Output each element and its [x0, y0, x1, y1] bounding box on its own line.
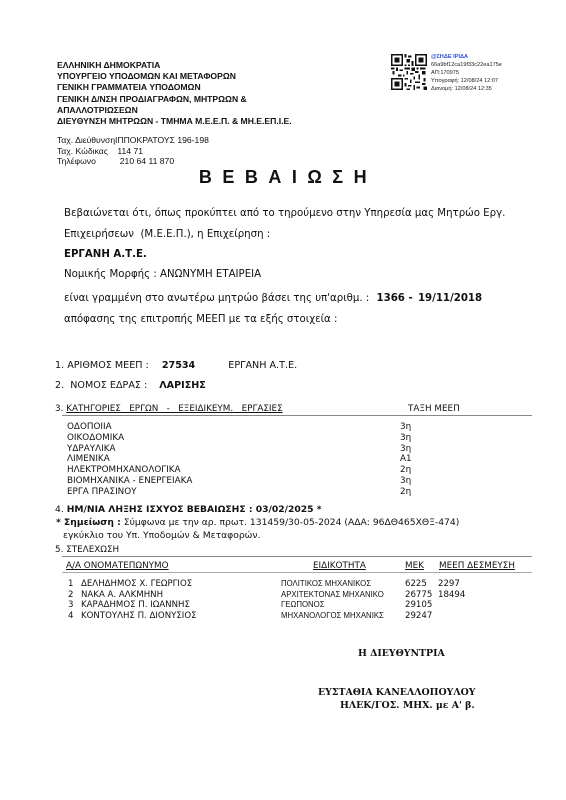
category-row: ΥΔΡΑΥΛΙΚΑ3η: [67, 444, 487, 454]
category-class: 2η: [400, 465, 411, 475]
seat-value: ΛΑΡΙΣΗΣ: [159, 380, 206, 391]
stamp-signed: Υπογραφή: 12/08/24 12:07: [431, 77, 502, 85]
header-line: ΕΛΛΗΝΙΚΗ ΔΗΜΟΚΡΑΤΙΑ: [57, 60, 292, 71]
category-name: ΟΔΟΠΟΙΙΑ: [67, 422, 112, 432]
staff-mek: 6225: [405, 579, 427, 589]
note-text: Σύμφωνα με την αρ. πρωτ. 131459/30-05-20…: [121, 517, 460, 528]
document-title: ΒΕΒΑΙΩΣΗ: [0, 167, 566, 188]
meep-number-value: 27534: [162, 360, 195, 371]
staff-name: ΝΑΚΑ Α. ΑΛΚΜΗΝΗ: [81, 590, 163, 600]
expiry-prefix: 4.: [55, 504, 67, 515]
address-block: Ταχ. ΔιεύθυνσηΙΠΠΟΚΡΑΤΟΥΣ 196-198 Ταχ. Κ…: [57, 135, 209, 167]
staff-number: 2: [68, 590, 73, 600]
staff-col-meep: ΜΕΕΠ ΔΕΣΜΕΥΣΗ: [439, 561, 515, 571]
category-row: ΟΙΚΟΔΟΜΙΚΑ3η: [67, 433, 487, 443]
qr-code-icon: [391, 54, 427, 90]
note-line-2: εγκύκλιο του Υπ. Υποδομών & Μεταφορών.: [63, 530, 260, 541]
section-meep-number: 1. ΑΡΙΘΜΟΣ ΜΕΕΠ : 27534 ΕΡΓΑΝΗ Α.Τ.Ε.: [55, 360, 297, 371]
category-name: ΗΛΕΚΤΡΟΜΗΧΑΝΟΛΟΓΙΚΑ: [67, 465, 181, 475]
category-name: ΛΙΜΕΝΙΚΑ: [67, 454, 110, 464]
postcode-value: 114 71: [115, 146, 143, 157]
category-class: 2η: [400, 487, 411, 497]
stamp-hash: 66a9bf12ca19f33c22ea175e: [431, 61, 502, 69]
signatory-role: Η ΔΙΕΥΘΥΝΤΡΙΑ: [358, 648, 445, 659]
class-header: ΤΑΞΗ ΜΕΕΠ: [408, 404, 460, 414]
categories-header: 3. ΚΑΤΗΓΟΡΙΕΣ ΕΡΓΩΝ - ΕΞΕΙΔΙΚΕΥΜ. ΕΡΓΑΣΙ…: [55, 404, 283, 414]
issuing-authority-header: ΕΛΛΗΝΙΚΗ ΔΗΜΟΚΡΑΤΙΑ ΥΠΟΥΡΓΕΙΟ ΥΠΟΔΟΜΩΝ Κ…: [57, 60, 292, 127]
section-seat-prefecture: 2. ΝΟΜΟΣ ΕΔΡΑΣ :ΛΑΡΙΣΗΣ: [55, 380, 206, 391]
staff-mek: 26775: [405, 590, 432, 600]
staff-number: 4: [68, 611, 73, 621]
signatory-name: ΕΥΣΤΑΘΙΑ ΚΑΝΕΛΛΟΠΟΥΛΟΥ: [318, 687, 476, 698]
stamp-protocol: ΑΠ:170975: [431, 69, 502, 77]
staff-specialty: ΜΗΧΑΝΟΛΟΓΟΣ ΜΗΧΑΝΙΚΣ: [281, 611, 384, 621]
header-line: ΑΠΑΛΛΟΤΡΙΩΣΕΩΝ: [57, 105, 292, 116]
expiry-date: 4. ΗΜ/ΝΙΑ ΛΗΞΗΣ ΙΣΧΥΟΣ ΒΕΒΑΙΩΣΗΣ : 03/02…: [55, 504, 322, 515]
intro-line-2: Επιχειρήσεων (Μ.Ε.Ε.Π.), η Επιχείρηση :: [64, 229, 270, 240]
staff-number: 1: [68, 579, 73, 589]
header-line: ΓΕΝΙΚΗ ΓΡΑΜΜΑΤΕΙΑ ΥΠΟΔΟΜΩΝ: [57, 82, 292, 93]
intro-line-1: Βεβαιώνεται ότι, όπως προκύπτει από το τ…: [64, 208, 505, 219]
staff-section-title: 5. ΣΤΕΛΕΧΩΣΗ: [55, 545, 119, 555]
category-name: ΟΙΚΟΔΟΜΙΚΑ: [67, 433, 124, 443]
header-line: ΔΙΕΥΘΥΝΣΗ ΜΗΤΡΩΩΝ - ΤΜΗΜΑ Μ.Ε.Ε.Π. & ΜΗ.…: [57, 116, 292, 127]
phone-value: 210 64 11 870: [115, 156, 174, 167]
address-value: ΙΠΠΟΚΡΑΤΟΥΣ 196-198: [115, 135, 209, 146]
category-row: ΗΛΕΚΤΡΟΜΗΧΑΝΟΛΟΓΙΚΑ2η: [67, 465, 487, 475]
category-row: ΕΡΓΑ ΠΡΑΣΙΝΟΥ2η: [67, 487, 487, 497]
staff-meep: 18494: [438, 590, 465, 600]
e-signature-stamp: @ΣΗΔΕ ΙΡΙΔΑ 66a9bf12ca19f33c22ea175e ΑΠ:…: [431, 53, 502, 93]
staff-name: ΚΑΡΑΔΗΜΟΣ Π. ΙΩΑΝΝΗΣ: [81, 600, 190, 610]
staff-mek: 29247: [405, 611, 432, 621]
header-line: ΓΕΝΙΚΗ Δ/ΝΣΗ ΠΡΟΔΙΑΓΡΑΦΩΝ, ΜΗΤΡΩΩΝ &: [57, 94, 292, 105]
note: * Σημείωση : Σύμφωνα με την αρ. πρωτ. 13…: [56, 517, 459, 528]
category-name: ΒΙΟΜΗΧΑΝΙΚΑ - ΕΝΕΡΓΕΙΑΚΑ: [67, 476, 192, 486]
decision-number: 1366 -: [377, 293, 413, 304]
category-class: 3η: [400, 433, 411, 443]
staff-meep: 2297: [438, 579, 460, 589]
staff-number: 3: [68, 600, 73, 610]
legal-form: Νομικής Μορφής : ΑΝΩΝΥΜΗ ΕΤΑΙΡΕΙΑ: [64, 269, 261, 280]
categories-title: ΚΑΤΗΓΟΡΙΕΣ ΕΡΓΩΝ - ΕΞΕΙΔΙΚΕΥΜ. ΕΡΓΑΣΙΕΣ: [66, 404, 282, 414]
category-class: 3η: [400, 444, 411, 454]
stamp-distributed: Διανομή: 12/08/24 12:35: [431, 85, 502, 93]
staff-col-specialty: ΕΙΔΙΚΟΤΗΤΑ: [313, 561, 366, 571]
phone-label: Τηλέφωνο: [57, 156, 115, 167]
postcode-label: Ταχ. Κώδικας: [57, 146, 115, 157]
staff-specialty: ΓΕΩΠΟΝΟΣ: [281, 600, 325, 610]
category-class: 3η: [400, 476, 411, 486]
committee-text: απόφασης της επιτροπής ΜΕΕΠ με τα εξής σ…: [64, 314, 337, 325]
category-name: ΕΡΓΑ ΠΡΑΣΙΝΟΥ: [67, 487, 137, 497]
category-row: ΟΔΟΠΟΙΙΑ3η: [67, 422, 487, 432]
expiry-label: ΗΜ/ΝΙΑ ΛΗΞΗΣ ΙΣΧΥΟΣ ΒΕΒΑΙΩΣΗΣ : 03/02/20…: [67, 504, 322, 515]
category-class: Α1: [400, 454, 412, 464]
meep-number-label: 1. ΑΡΙΘΜΟΣ ΜΕΕΠ :: [55, 360, 149, 371]
category-class: 3η: [400, 422, 411, 432]
categories-prefix: 3.: [55, 404, 66, 414]
signatory-title: ΗΛΕΚ/ΓΟΣ. ΜΗΧ. με Α' β.: [340, 700, 475, 711]
address-label: Ταχ. Διεύθυνση: [57, 135, 115, 146]
categories-divider: [62, 415, 532, 416]
note-label: * Σημείωση :: [56, 517, 121, 528]
staff-name: ΚΟΝΤΟΥΛΗΣ Π. ΔΙΟΝΥΣΙΟΣ: [81, 611, 197, 621]
staff-specialty: ΑΡΧΙΤΕΚΤΟΝΑΣ ΜΗΧΑΝΙΚΟ: [281, 590, 384, 600]
seat-label: 2. ΝΟΜΟΣ ΕΔΡΑΣ :: [55, 380, 147, 391]
staff-mek: 29105: [405, 600, 432, 610]
staff-col-mek: ΜΕΚ: [405, 561, 424, 571]
decision-date: 19/11/2018: [418, 293, 482, 304]
registration-text: είναι γραμμένη στο ανωτέρω μητρώο βάσει …: [64, 293, 369, 304]
staff-header-divider: [62, 572, 532, 573]
registration-statement: είναι γραμμένη στο ανωτέρω μητρώο βάσει …: [64, 293, 482, 304]
meep-company: ΕΡΓΑΝΗ Α.Τ.Ε.: [228, 360, 297, 371]
staff-col-name: Α/Α ΟΝΟΜΑΤΕΠΩΝΥΜΟ: [66, 561, 169, 571]
staff-specialty: ΠΟΛΙΤΙΚΟΣ ΜΗΧΑΝΙΚΟΣ: [281, 579, 371, 589]
category-name: ΥΔΡΑΥΛΙΚΑ: [67, 444, 116, 454]
staff-name: ΔΕΛΗΔΗΜΟΣ Χ. ΓΕΩΡΓΙΟΣ: [81, 579, 192, 589]
company-name: ΕΡΓΑΝΗ Α.Τ.Ε.: [64, 249, 147, 260]
category-row: ΒΙΟΜΗΧΑΝΙΚΑ - ΕΝΕΡΓΕΙΑΚΑ3η: [67, 476, 487, 486]
stamp-brand: @ΣΗΔΕ ΙΡΙΔΑ: [431, 53, 502, 61]
header-line: ΥΠΟΥΡΓΕΙΟ ΥΠΟΔΟΜΩΝ ΚΑΙ ΜΕΤΑΦΟΡΩΝ: [57, 71, 292, 82]
staff-divider: [62, 556, 532, 557]
category-row: ΛΙΜΕΝΙΚΑΑ1: [67, 454, 487, 464]
